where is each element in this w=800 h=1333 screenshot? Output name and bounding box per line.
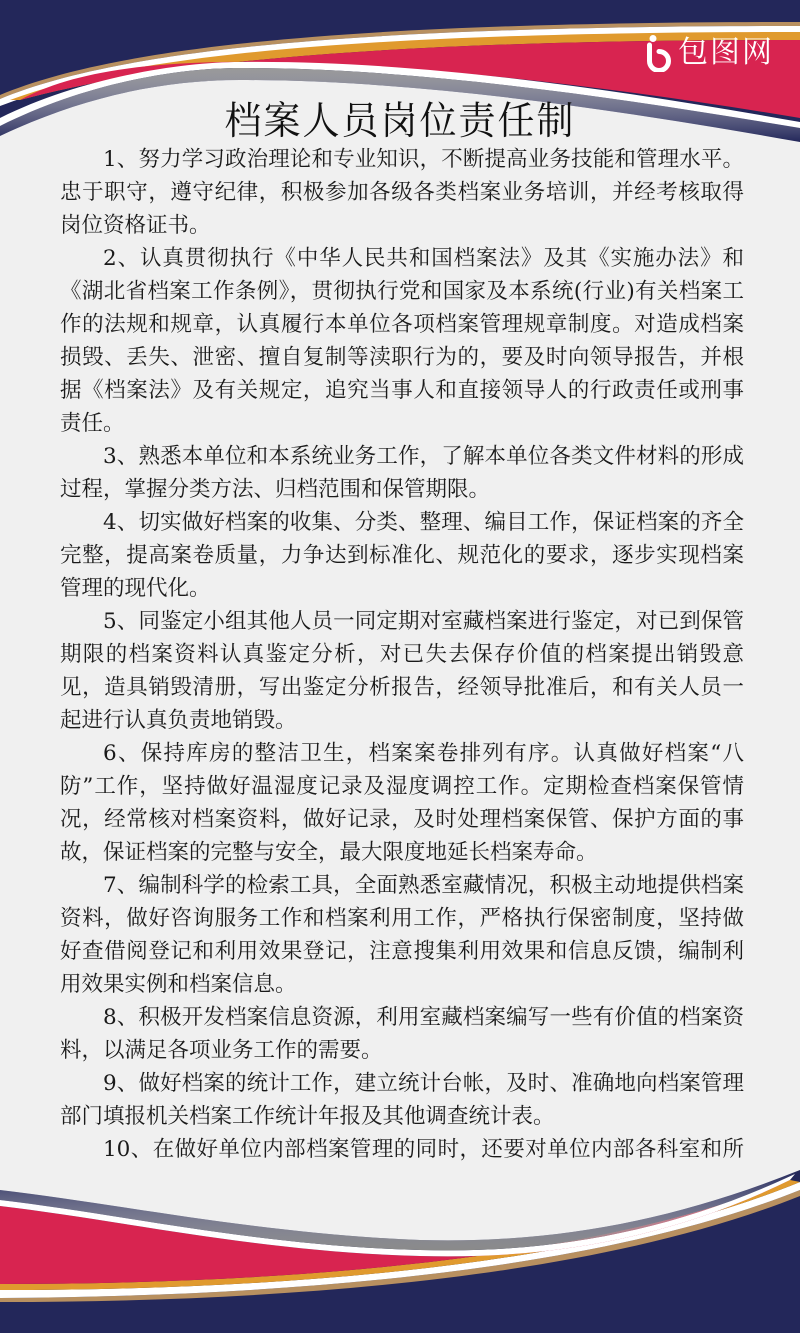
page-title: 档案人员岗位责任制 bbox=[0, 89, 800, 146]
brand-logo-text: 包图网 bbox=[678, 38, 774, 68]
bottom-wave-decoration bbox=[0, 1170, 800, 1333]
clause-item: 1、努力学习政治理论和专业知识，不断提高业务技能和管理水平。忠于职守，遵守纪律，… bbox=[60, 143, 744, 242]
clause-list: 1、努力学习政治理论和专业知识，不断提高业务技能和管理水平。忠于职守，遵守纪律，… bbox=[60, 143, 744, 1199]
ib-logo-icon bbox=[646, 34, 672, 72]
clause-item: 3、熟悉本单位和本系统业务工作，了解本单位各类文件材料的形成过程，掌握分类方法、… bbox=[60, 440, 744, 506]
clause-item: 9、做好档案的统计工作，建立统计台帐，及时、准确地向档案管理部门填报机关档案工作… bbox=[60, 1067, 744, 1133]
clause-item: 8、积极开发档案信息资源，利用室藏档案编写一些有价值的档案资料，以满足各项业务工… bbox=[60, 1001, 744, 1067]
clause-item: 2、认真贯彻执行《中华人民共和国档案法》及其《实施办法》和《湖北省档案工作条例》… bbox=[60, 242, 744, 440]
clause-item: 5、同鉴定小组其他人员一同定期对室藏档案进行鉴定，对已到保管期限的档案资料认真鉴… bbox=[60, 605, 744, 737]
clause-item: 7、编制科学的检索工具，全面熟悉室藏情况，积极主动地提供档案资料，做好咨询服务工… bbox=[60, 869, 744, 1001]
brand-logo: 包图网 bbox=[646, 34, 774, 72]
clause-item: 4、切实做好档案的收集、分类、整理、编目工作，保证档案的齐全完整，提高案卷质量，… bbox=[60, 506, 744, 605]
clause-item: 6、保持库房的整洁卫生，档案案卷排列有序。认真做好档案“八防”工作，坚持做好温湿… bbox=[60, 737, 744, 869]
